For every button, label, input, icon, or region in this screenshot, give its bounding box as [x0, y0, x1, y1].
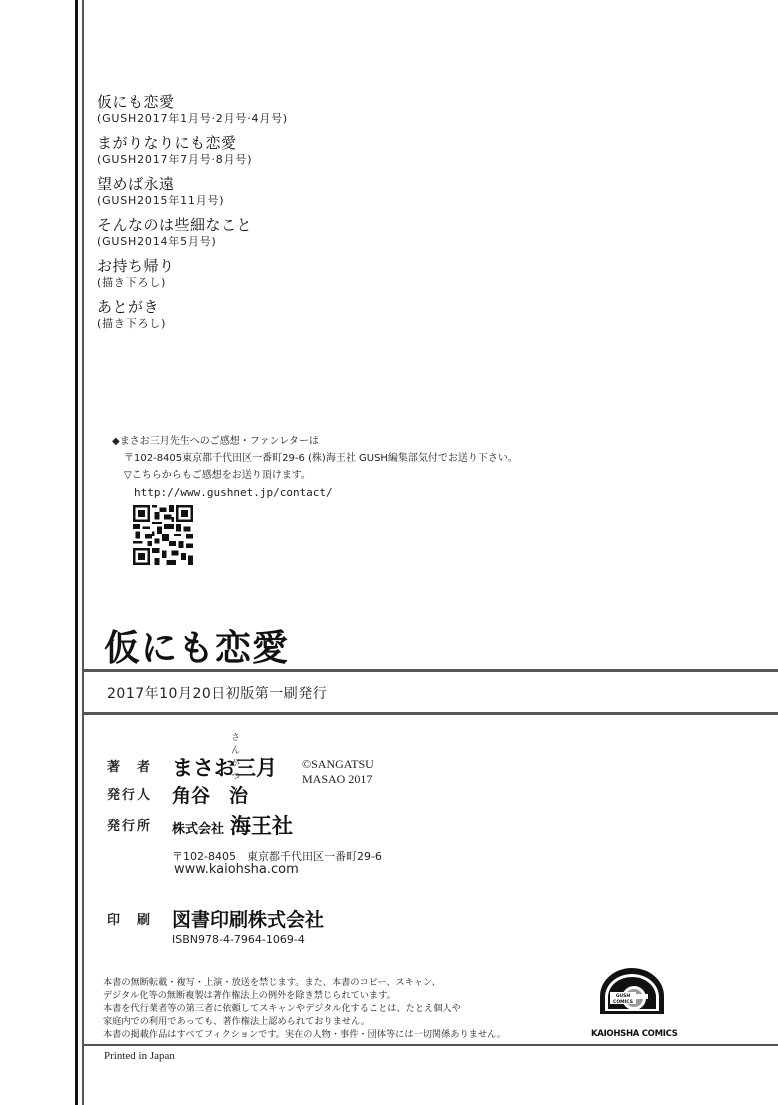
- toc-title: あとがき: [97, 297, 497, 317]
- toc-source: (GUSH2015年11月号): [97, 194, 497, 208]
- book-title: 仮にも恋愛: [104, 620, 289, 671]
- toc-item: お持ち帰り (描き下ろし): [97, 256, 497, 290]
- toc-source: (描き下ろし): [97, 276, 497, 290]
- toc-source: (描き下ろし): [97, 317, 497, 331]
- author-label: 著 者: [107, 756, 162, 775]
- legal-line: デジタル化等の無断複製は著作権法上の例外を除き禁じられています。: [103, 989, 506, 1002]
- gush-comics-logo-icon: GUSH COMICS: [596, 966, 668, 1016]
- toc-item: まがりなりにも恋愛 (GUSH2017年7月号·8月号): [97, 133, 497, 167]
- left-border-thin: [82, 0, 84, 1105]
- svg-text:COMICS: COMICS: [613, 999, 633, 1005]
- fan-letter-line: ◆まさお三月先生へのご感想・ファンレターは: [112, 433, 518, 450]
- toc-title: そんなのは些細なこと: [97, 215, 497, 235]
- publisher-website-link[interactable]: www.kaiohsha.com: [174, 862, 299, 877]
- logo-caption: KAIOHSHA COMICS: [591, 1029, 678, 1039]
- printed-in-japan: Printed in Japan: [104, 1050, 175, 1062]
- legal-line: 本書の掲載作品はすべてフィクションです。実在の人物・事件・団体等には一切関係あり…: [103, 1028, 506, 1041]
- publisher-person-label: 発行人: [107, 784, 162, 803]
- legal-line: 本書を代行業者等の第三者に依頼してスキャンやデジタル化することは、たとえ個人や: [103, 1002, 506, 1015]
- isbn: ISBN978-4-7964-1069-4: [172, 933, 305, 946]
- fan-letter-info: ◆まさお三月先生へのご感想・ファンレターは 〒102-8405東京都千代田区一番…: [112, 433, 518, 501]
- publisher-name: 海王社: [230, 813, 293, 838]
- copyright-notice: ©SANGATSU MASAO 2017: [302, 757, 374, 787]
- publisher-label: 発行所: [107, 815, 162, 834]
- fan-letter-online: ▽こちらからもご感想をお送り頂けます。: [112, 467, 518, 484]
- toc-item: 望めば永遠 (GUSH2015年11月号): [97, 174, 497, 208]
- table-of-contents: 仮にも恋愛 (GUSH2017年1月号·2月号·4月号) まがりなりにも恋愛 (…: [97, 92, 497, 338]
- toc-source: (GUSH2014年5月号): [97, 235, 497, 249]
- fan-letter-address: 〒102-8405東京都千代田区一番町29-6 (株)海王社 GUSH編集部気付…: [112, 450, 518, 467]
- toc-title: お持ち帰り: [97, 256, 497, 276]
- legal-line: 家庭内での利用であっても、著作権法上認められておりません。: [103, 1015, 506, 1028]
- publisher-person-name: 角谷 治: [172, 781, 248, 808]
- left-border-thick: [75, 0, 78, 1105]
- toc-source: (GUSH2017年1月号·2月号·4月号): [97, 112, 497, 126]
- toc-item: そんなのは些細なこと (GUSH2014年5月号): [97, 215, 497, 249]
- toc-item: あとがき (描き下ろし): [97, 297, 497, 331]
- toc-title: まがりなりにも恋愛: [97, 133, 497, 153]
- toc-item: 仮にも恋愛 (GUSH2017年1月号·2月号·4月号): [97, 92, 497, 126]
- qr-code-icon[interactable]: [133, 505, 193, 565]
- printer-label: 印 刷: [107, 909, 162, 928]
- publisher-prefix: 株式会社: [172, 822, 224, 837]
- toc-source: (GUSH2017年7月号·8月号): [97, 153, 497, 167]
- divider: [84, 712, 778, 715]
- legal-notice: 本書の無断転載・複写・上演・放送を禁じます。また、本書のコピー、スキャン、 デジ…: [103, 976, 506, 1041]
- contact-url-link[interactable]: http://www.gushnet.jp/contact/: [112, 484, 518, 501]
- author-name: まさお三月: [172, 752, 277, 782]
- publisher-name-block: 株式会社海王社: [172, 810, 293, 840]
- edition-date: 2017年10月20日初版第一刷発行: [107, 683, 327, 703]
- toc-title: 仮にも恋愛: [97, 92, 497, 112]
- divider: [84, 669, 778, 672]
- svg-text:GUSH: GUSH: [616, 993, 631, 999]
- legal-line: 本書の無断転載・複写・上演・放送を禁じます。また、本書のコピー、スキャン、: [103, 976, 506, 989]
- divider: [84, 1044, 778, 1046]
- toc-title: 望めば永遠: [97, 174, 497, 194]
- printer-name: 図書印刷株式会社: [172, 905, 324, 932]
